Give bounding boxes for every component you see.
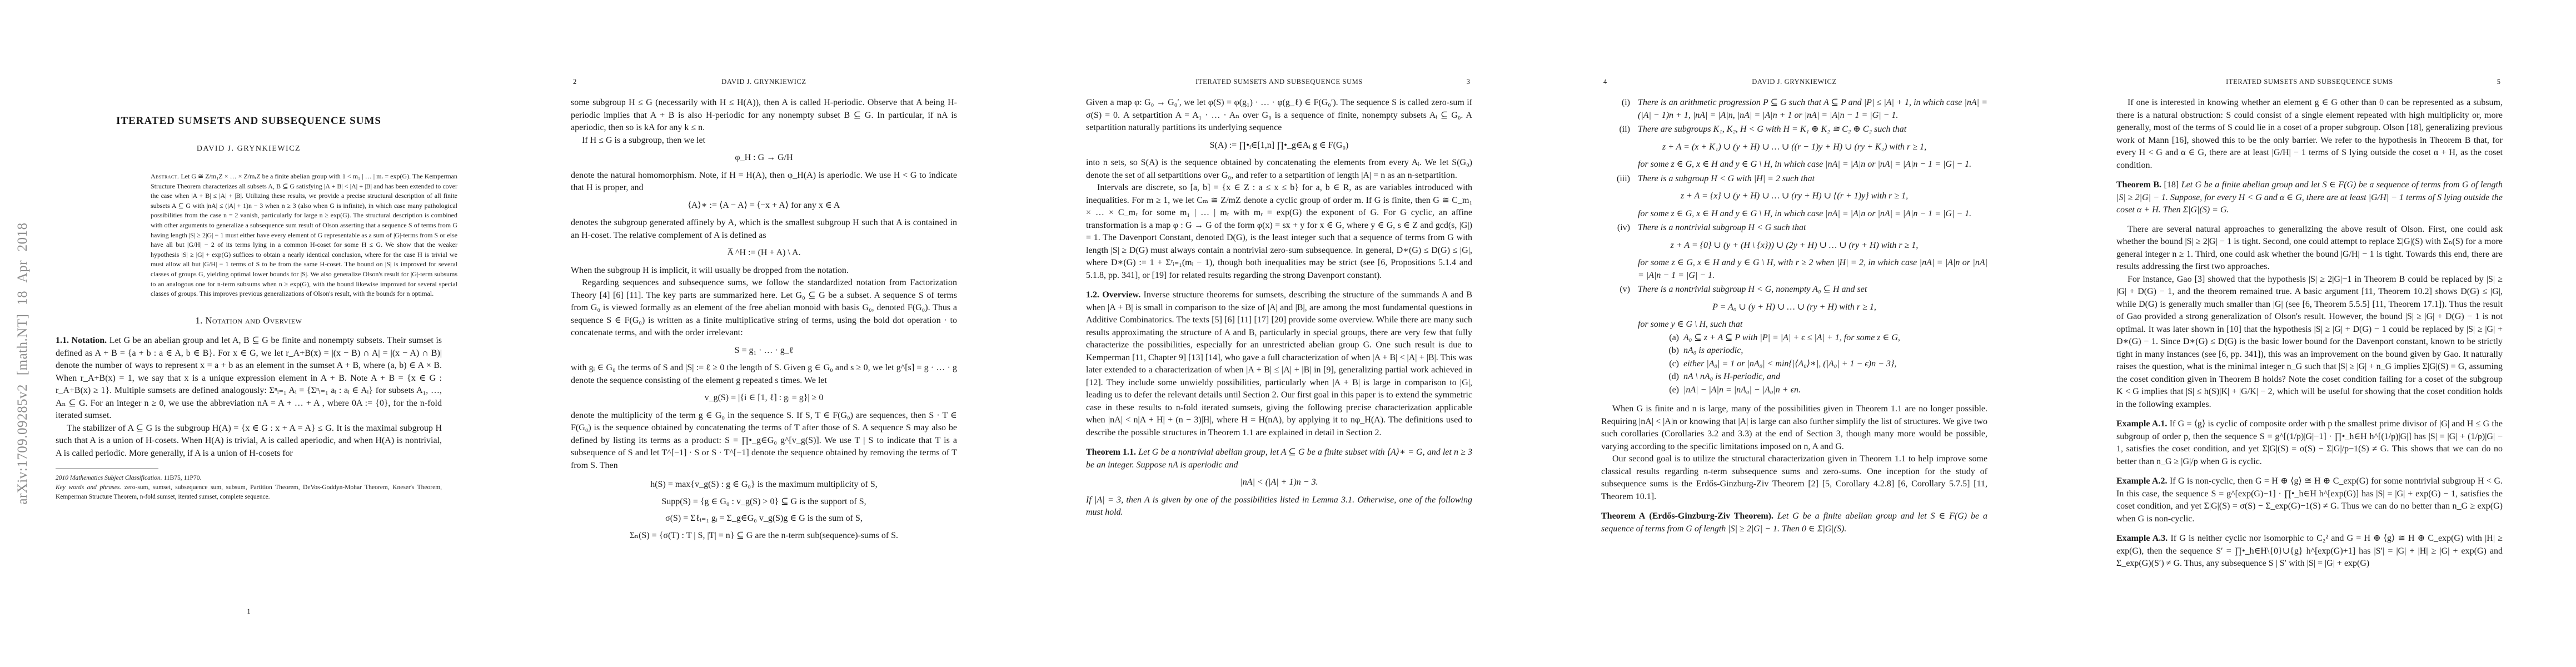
overview-paragraph: 1.2. Overview. Inverse structure theorem… [1086,289,1472,439]
sub-list-item-label: (e) [1663,384,1683,397]
page-number: 1 [56,608,442,616]
list-item-label: (i) [1601,97,1638,122]
subsection-label: 1.1. Notation. [56,336,107,345]
theorem-a: Theorem A (Erdős-Ginzburg-Ziv Theorem). … [1601,510,1987,535]
list-item: (iii) There is a subgroup H < G with |H|… [1601,173,1987,186]
list-item-continuation: for some y ∈ G \ H, such that [1638,318,1987,331]
running-head: 2 DAVID J. GRYNKIEWICZ [571,78,957,88]
list-item-label: (ii) [1601,123,1638,136]
list-item-continuation: for some z ∈ G, x ∈ H and y ∈ G \ H, in … [1638,208,1987,221]
list-item-label: (iii) [1601,173,1638,186]
page-number: 4 [1603,78,1607,86]
stabilizer-paragraph: The stabilizer of A ⊆ G is the subgroup … [56,422,442,460]
paragraph: denote the multiplicity of the term g ∈ … [571,410,957,472]
list-item: (ii) There are subgroups K₁, K₂, H < G w… [1601,123,1987,136]
sub-list-item-label: (a) [1663,332,1683,345]
running-head-text: DAVID J. GRYNKIEWICZ [1752,78,1836,86]
paper-author: DAVID J. GRYNKIEWICZ [56,143,442,156]
running-head-text: ITERATED SUMSETS AND SUBSEQUENCE SUMS [2226,78,2393,86]
footnote-rule [56,469,158,469]
running-head: ITERATED SUMSETS AND SUBSEQUENCE SUMS 5 [2116,78,2503,88]
page-number: 5 [2497,78,2500,86]
sub-list-item-label: (d) [1663,371,1683,384]
paragraph: If one is interested in knowing whether … [2116,97,2503,172]
display-equation: v_g(S) = |{i ∈ [1, ℓ] : gᵢ = g}| ≥ 0 [571,392,957,405]
running-head: 4 DAVID J. GRYNKIEWICZ [1601,78,1987,88]
paragraph: For instance, Gao [3] showed that the hy… [2116,273,2503,411]
example-a2: Example A.2. If G is non-cyclic, then G … [2116,475,2503,525]
paragraph: If H ≤ G is a subgroup, then we let [571,135,957,147]
sub-list-item: (d) nA \ nA₀ is H-periodic, and [1663,371,1987,384]
footnote-msc: 2010 Mathematics Subject Classification.… [56,474,442,483]
display-equation: z + A = {0} ∪ (y + (H \ {x})) ∪ (2y + H)… [1601,240,1987,252]
sub-list-item: (b) nA₀ is aperiodic, [1663,345,1987,357]
notation-paragraph: 1.1. Notation. Let G be an abelian group… [56,335,442,422]
list-item: (iv) There is a nontrivial subgroup H < … [1601,222,1987,235]
arxiv-watermark: arXiv:1709.09285v2 [math.NT] 18 Apr 2018 [15,158,32,569]
paragraph: some subgroup H ≤ G (necessarily with H … [571,97,957,135]
paragraph: into n sets, so S(A) is the sequence obt… [1086,157,1472,182]
display-equation: φ_H : G → G/H [571,152,957,165]
sub-list-item-label: (c) [1663,358,1683,371]
list-item-continuation: for some z ∈ G, x ∈ H and y ∈ G \ H, wit… [1638,257,1987,282]
list-item: (i) There is an arithmetic progression P… [1601,97,1987,122]
abstract-label: Abstract. [151,172,179,180]
list-item-label: (iv) [1601,222,1638,235]
section-heading: 1. Notation and Overview [56,315,442,327]
page-5-content: If one is interested in knowing whether … [2116,97,2503,570]
paper-title: ITERATED SUMSETS AND SUBSEQUENCE SUMS [56,115,442,128]
paragraph: Given a map φ: G₀ → G₀′, we let φ(S) = φ… [1086,97,1472,135]
theorem-b: Theorem B. [18] Let G be a finite abelia… [2116,179,2503,217]
running-head-text: ITERATED SUMSETS AND SUBSEQUENCE SUMS [1195,78,1363,86]
display-equation: h(S) = max{v_g(S) : g ∈ G₀} is the maxim… [571,479,957,491]
sub-list-item-label: (b) [1663,345,1683,357]
display-equation: S(A) := ∏•ᵢ∈[1,n] ∏•_g∈Aᵢ g ∈ F(G₀) [1086,140,1472,152]
page-5: ITERATED SUMSETS AND SUBSEQUENCE SUMS 5 … [2061,0,2576,667]
abstract-text: Let G ≅ Z/m₁Z × … × Z/mᵣZ be a finite ab… [151,172,457,297]
display-equation: ⟨A⟩∗ := ⟨A − A⟩ = ⟨−x + A⟩ for any x ∈ A [571,200,957,212]
list-item-continuation: for some z ∈ G, x ∈ H and y ∈ G \ H, in … [1638,158,1987,171]
page-number: 2 [573,78,576,86]
display-equation: z + A = (x + K₁) ∪ (y + H) ∪ … ∪ ((r − 1… [1601,141,1987,154]
page-2-content: some subgroup H ≤ G (necessarily with H … [571,97,957,542]
running-head: ITERATED SUMSETS AND SUBSEQUENCE SUMS 3 [1086,78,1472,88]
paragraph: denote the natural homomorphism. Note, i… [571,170,957,195]
theorem-1-1: Theorem 1.1. Let G be a nontrivial abeli… [1086,446,1472,471]
example-a1: Example A.1. If G = ⟨g⟩ is cyclic of com… [2116,418,2503,468]
page-2: 2 DAVID J. GRYNKIEWICZ some subgroup H ≤… [515,0,1030,667]
sub-list-item: (c) either |A₀| = 1 or |nA₀| < min{|⟨A₀⟩… [1663,358,1987,371]
abstract: Abstract. Let G ≅ Z/m₁Z × … × Z/mᵣZ be a… [151,172,457,299]
display-equation-group: h(S) = max{v_g(S) : g ∈ G₀} is the maxim… [571,479,957,542]
display-equation: P = A₀ ∪ (y + H) ∪ … ∪ (ry + H) with r ≥… [1601,301,1987,314]
page-4: 4 DAVID J. GRYNKIEWICZ (i) There is an a… [1546,0,2061,667]
page-3: ITERATED SUMSETS AND SUBSEQUENCE SUMS 3 … [1030,0,1546,667]
sub-list-item: (a) A₀ ⊆ z + A ⊆ P with |P| = |A| + ϵ ≤ … [1663,332,1987,345]
page-number: 3 [1467,78,1470,86]
display-equation: Supp(S) = {g ∈ G₀ : v_g(S) > 0} ⊆ G is t… [571,496,957,509]
footnote-keywords: Key words and phrases. zero-sum, sumset,… [56,483,442,502]
display-equation: |nA| < (|A| + 1)n − 3. [1086,476,1472,489]
paragraph: Our second goal is to utilize the struct… [1601,453,1987,503]
display-equation: A̅ ^H := (H + A) \ A. [571,247,957,260]
display-equation: Σₙ(S) = {σ(T) : T | S, |T| = n} ⊆ G are … [571,530,957,542]
subsection-label: 1.2. Overview. [1086,290,1140,300]
page-1-content: ITERATED SUMSETS AND SUBSEQUENCE SUMS DA… [56,115,442,502]
sub-list-item: (e) |nA| − |A|n = |nA₀| − |A₀|n + ϵn. [1663,384,1987,397]
display-equation: z + A = {x} ∪ (y + H) ∪ … ∪ (ry + H) ∪ {… [1601,190,1987,203]
page-3-content: Given a map φ: G₀ → G₀′, we let φ(S) = φ… [1086,97,1472,519]
page-1: arXiv:1709.09285v2 [math.NT] 18 Apr 2018… [0,0,515,667]
page-4-content: (i) There is an arithmetic progression P… [1601,97,1987,535]
list-item-label: (v) [1601,283,1638,296]
paragraph: Intervals are discrete, so [a, b] = {x ∈… [1086,182,1472,282]
paragraph: There are several natural approaches to … [2116,223,2503,273]
theorem-continuation: If |A| = 3, then A is given by one of th… [1086,494,1472,519]
footnote: 2010 Mathematics Subject Classification.… [56,469,442,501]
paragraph: When G is finite and n is large, many of… [1601,403,1987,453]
list-item: (v) There is a nontrivial subgroup H < G… [1601,283,1987,296]
paragraph: denotes the subgroup generated affinely … [571,217,957,242]
running-head-text: DAVID J. GRYNKIEWICZ [721,78,806,86]
paragraph: Regarding sequences and subsequence sums… [571,277,957,340]
display-equation: S = g₁ · … · g_ℓ [571,345,957,357]
example-a3: Example A.3. If G is neither cyclic nor … [2116,532,2503,570]
paragraph: with gᵢ ∈ G₀ the terms of S and |S| := ℓ… [571,362,957,387]
display-equation: σ(S) = Σℓᵢ₌₁ gᵢ = Σ_g∈G₀ v_g(S)g ∈ G is … [571,512,957,525]
paragraph: When the subgroup H is implicit, it will… [571,265,957,277]
